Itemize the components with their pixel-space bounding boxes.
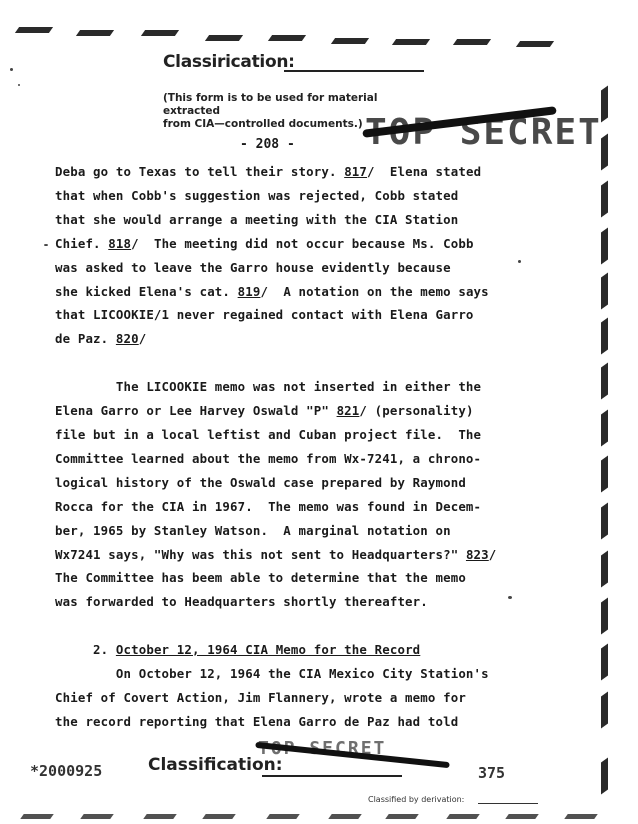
text-run: / The meeting did not occur because Ms. … (131, 236, 473, 251)
text-run: / Elena stated (367, 164, 481, 179)
border-mark (601, 551, 608, 588)
border-mark (601, 181, 608, 218)
border-mark (601, 456, 608, 493)
border-mark (601, 228, 608, 265)
footer-classification-line (262, 775, 402, 777)
text-run: Rocca for the CIA in 1967. The memo was … (55, 499, 481, 514)
text-run: Elena Garro or Lee Harvey Oswald "P" (55, 403, 337, 418)
text-line: file but in a local leftist and Cuban pr… (55, 423, 535, 447)
border-mark (601, 598, 608, 635)
document-id: *2000925 (30, 762, 102, 780)
footnote-reference: October 12, 1964 CIA Memo for the Record (116, 642, 420, 657)
text-line: was asked to leave the Garro house evide… (55, 256, 535, 280)
border-mark (601, 318, 608, 355)
text-run: 2. (55, 642, 116, 657)
border-mark (601, 758, 608, 795)
text-line: On October 12, 1964 the CIA Mexico City … (55, 662, 535, 686)
border-mark (20, 814, 54, 819)
border-mark (266, 814, 300, 819)
text-run: Chief of Covert Action, Jim Flannery, wr… (55, 690, 466, 705)
border-mark (141, 30, 179, 36)
border-mark (268, 35, 306, 41)
text-line (55, 351, 535, 375)
text-line: that LICOOKIE/1 never regained contact w… (55, 303, 535, 327)
text-line: The Committee has beem able to determine… (55, 566, 535, 590)
text-run: / A notation on the memo says (260, 284, 488, 299)
border-mark (564, 814, 598, 819)
text-run: de Paz. (55, 331, 116, 346)
text-run: The Committee has beem able to determine… (55, 570, 466, 585)
text-run: Chief. (55, 236, 108, 251)
border-mark (446, 814, 480, 819)
border-mark (601, 273, 608, 310)
text-line: Elena Garro or Lee Harvey Oswald "P" 821… (55, 399, 535, 423)
text-run: ber, 1965 by Stanley Watson. A marginal … (55, 523, 451, 538)
border-mark (143, 814, 177, 819)
text-run (55, 618, 63, 633)
border-mark (80, 814, 114, 819)
border-mark (15, 27, 53, 33)
text-line: Chief. 818/ The meeting did not occur be… (55, 232, 535, 256)
text-run: Deba go to Texas to tell their story. (55, 164, 344, 179)
text-line: that she would arrange a meeting with th… (55, 208, 535, 232)
text-run: logical history of the Oswald case prepa… (55, 475, 466, 490)
text-line: logical history of the Oswald case prepa… (55, 471, 535, 495)
border-mark (601, 134, 608, 171)
border-mark (516, 41, 554, 47)
derivation-label: Classified by derivation: (368, 795, 464, 804)
scan-speck (518, 260, 521, 263)
text-run: was forwarded to Headquarters shortly th… (55, 594, 428, 609)
text-line: Committee learned about the memo from Wx… (55, 447, 535, 471)
footnote-reference: 818 (108, 236, 131, 251)
text-line: was forwarded to Headquarters shortly th… (55, 590, 535, 614)
text-line: The LICOOKIE memo was not inserted in ei… (55, 375, 535, 399)
border-mark (601, 692, 608, 729)
footnote-reference: 817 (344, 164, 367, 179)
text-run: / (139, 331, 147, 346)
derivation-blank-line (478, 803, 538, 804)
text-line: Deba go to Texas to tell their story. 81… (55, 160, 535, 184)
scan-speck (508, 596, 512, 599)
border-mark (601, 503, 608, 540)
text-line: Wx7241 says, "Why was this not sent to H… (55, 543, 535, 567)
border-mark (601, 86, 608, 123)
border-mark (331, 38, 369, 44)
text-run: was asked to leave the Garro house evide… (55, 260, 451, 275)
border-mark (601, 644, 608, 681)
footnote-reference: 819 (238, 284, 261, 299)
footer-page-reference: 375 (478, 764, 505, 782)
text-line: ber, 1965 by Stanley Watson. A marginal … (55, 519, 535, 543)
text-run: On October 12, 1964 the CIA Mexico City … (55, 666, 489, 681)
text-line: that when Cobb's suggestion was rejected… (55, 184, 535, 208)
scan-speck (10, 68, 13, 71)
footnote-reference: 821 (337, 403, 360, 418)
footer-classification-label: Classification: (148, 755, 283, 775)
text-line: Chief of Covert Action, Jim Flannery, wr… (55, 686, 535, 710)
text-run (55, 355, 63, 370)
border-mark (392, 39, 430, 45)
text-run: file but in a local leftist and Cuban pr… (55, 427, 481, 442)
text-run: / (489, 547, 497, 562)
border-mark (328, 814, 362, 819)
text-line (55, 614, 535, 638)
page-number: - 208 - (240, 137, 295, 152)
border-mark (385, 814, 419, 819)
footnote-reference: 823 (466, 547, 489, 562)
text-line: 2. October 12, 1964 CIA Memo for the Rec… (55, 638, 535, 662)
text-run: Committee learned about the memo from Wx… (55, 451, 481, 466)
classification-blank-line (284, 70, 424, 72)
document-page: Classirication: (This form is to be used… (0, 0, 638, 824)
text-line: Rocca for the CIA in 1967. The memo was … (55, 495, 535, 519)
text-line: she kicked Elena's cat. 819/ A notation … (55, 280, 535, 304)
border-mark (453, 39, 491, 45)
document-body: Deba go to Texas to tell their story. 81… (55, 160, 535, 734)
text-run: the record reporting that Elena Garro de… (55, 714, 458, 729)
text-run: that she would arrange a meeting with th… (55, 212, 458, 227)
text-run: that LICOOKIE/1 never regained contact w… (55, 307, 474, 322)
border-mark (505, 814, 539, 819)
text-run: / (personality) (359, 403, 473, 418)
text-run: The LICOOKIE memo was not inserted in ei… (55, 379, 481, 394)
border-mark (205, 35, 243, 41)
classification-header: Classirication: (163, 52, 295, 72)
border-mark (202, 814, 236, 819)
text-run: she kicked Elena's cat. (55, 284, 238, 299)
border-mark (76, 30, 114, 36)
text-run: Wx7241 says, "Why was this not sent to H… (55, 547, 466, 562)
border-mark (601, 363, 608, 400)
footnote-reference: 820 (116, 331, 139, 346)
text-run: that when Cobb's suggestion was rejected… (55, 188, 458, 203)
scan-speck (44, 244, 48, 246)
scan-speck (18, 84, 20, 86)
border-mark (601, 410, 608, 447)
text-line: de Paz. 820/ (55, 327, 535, 351)
text-line: the record reporting that Elena Garro de… (55, 710, 535, 734)
